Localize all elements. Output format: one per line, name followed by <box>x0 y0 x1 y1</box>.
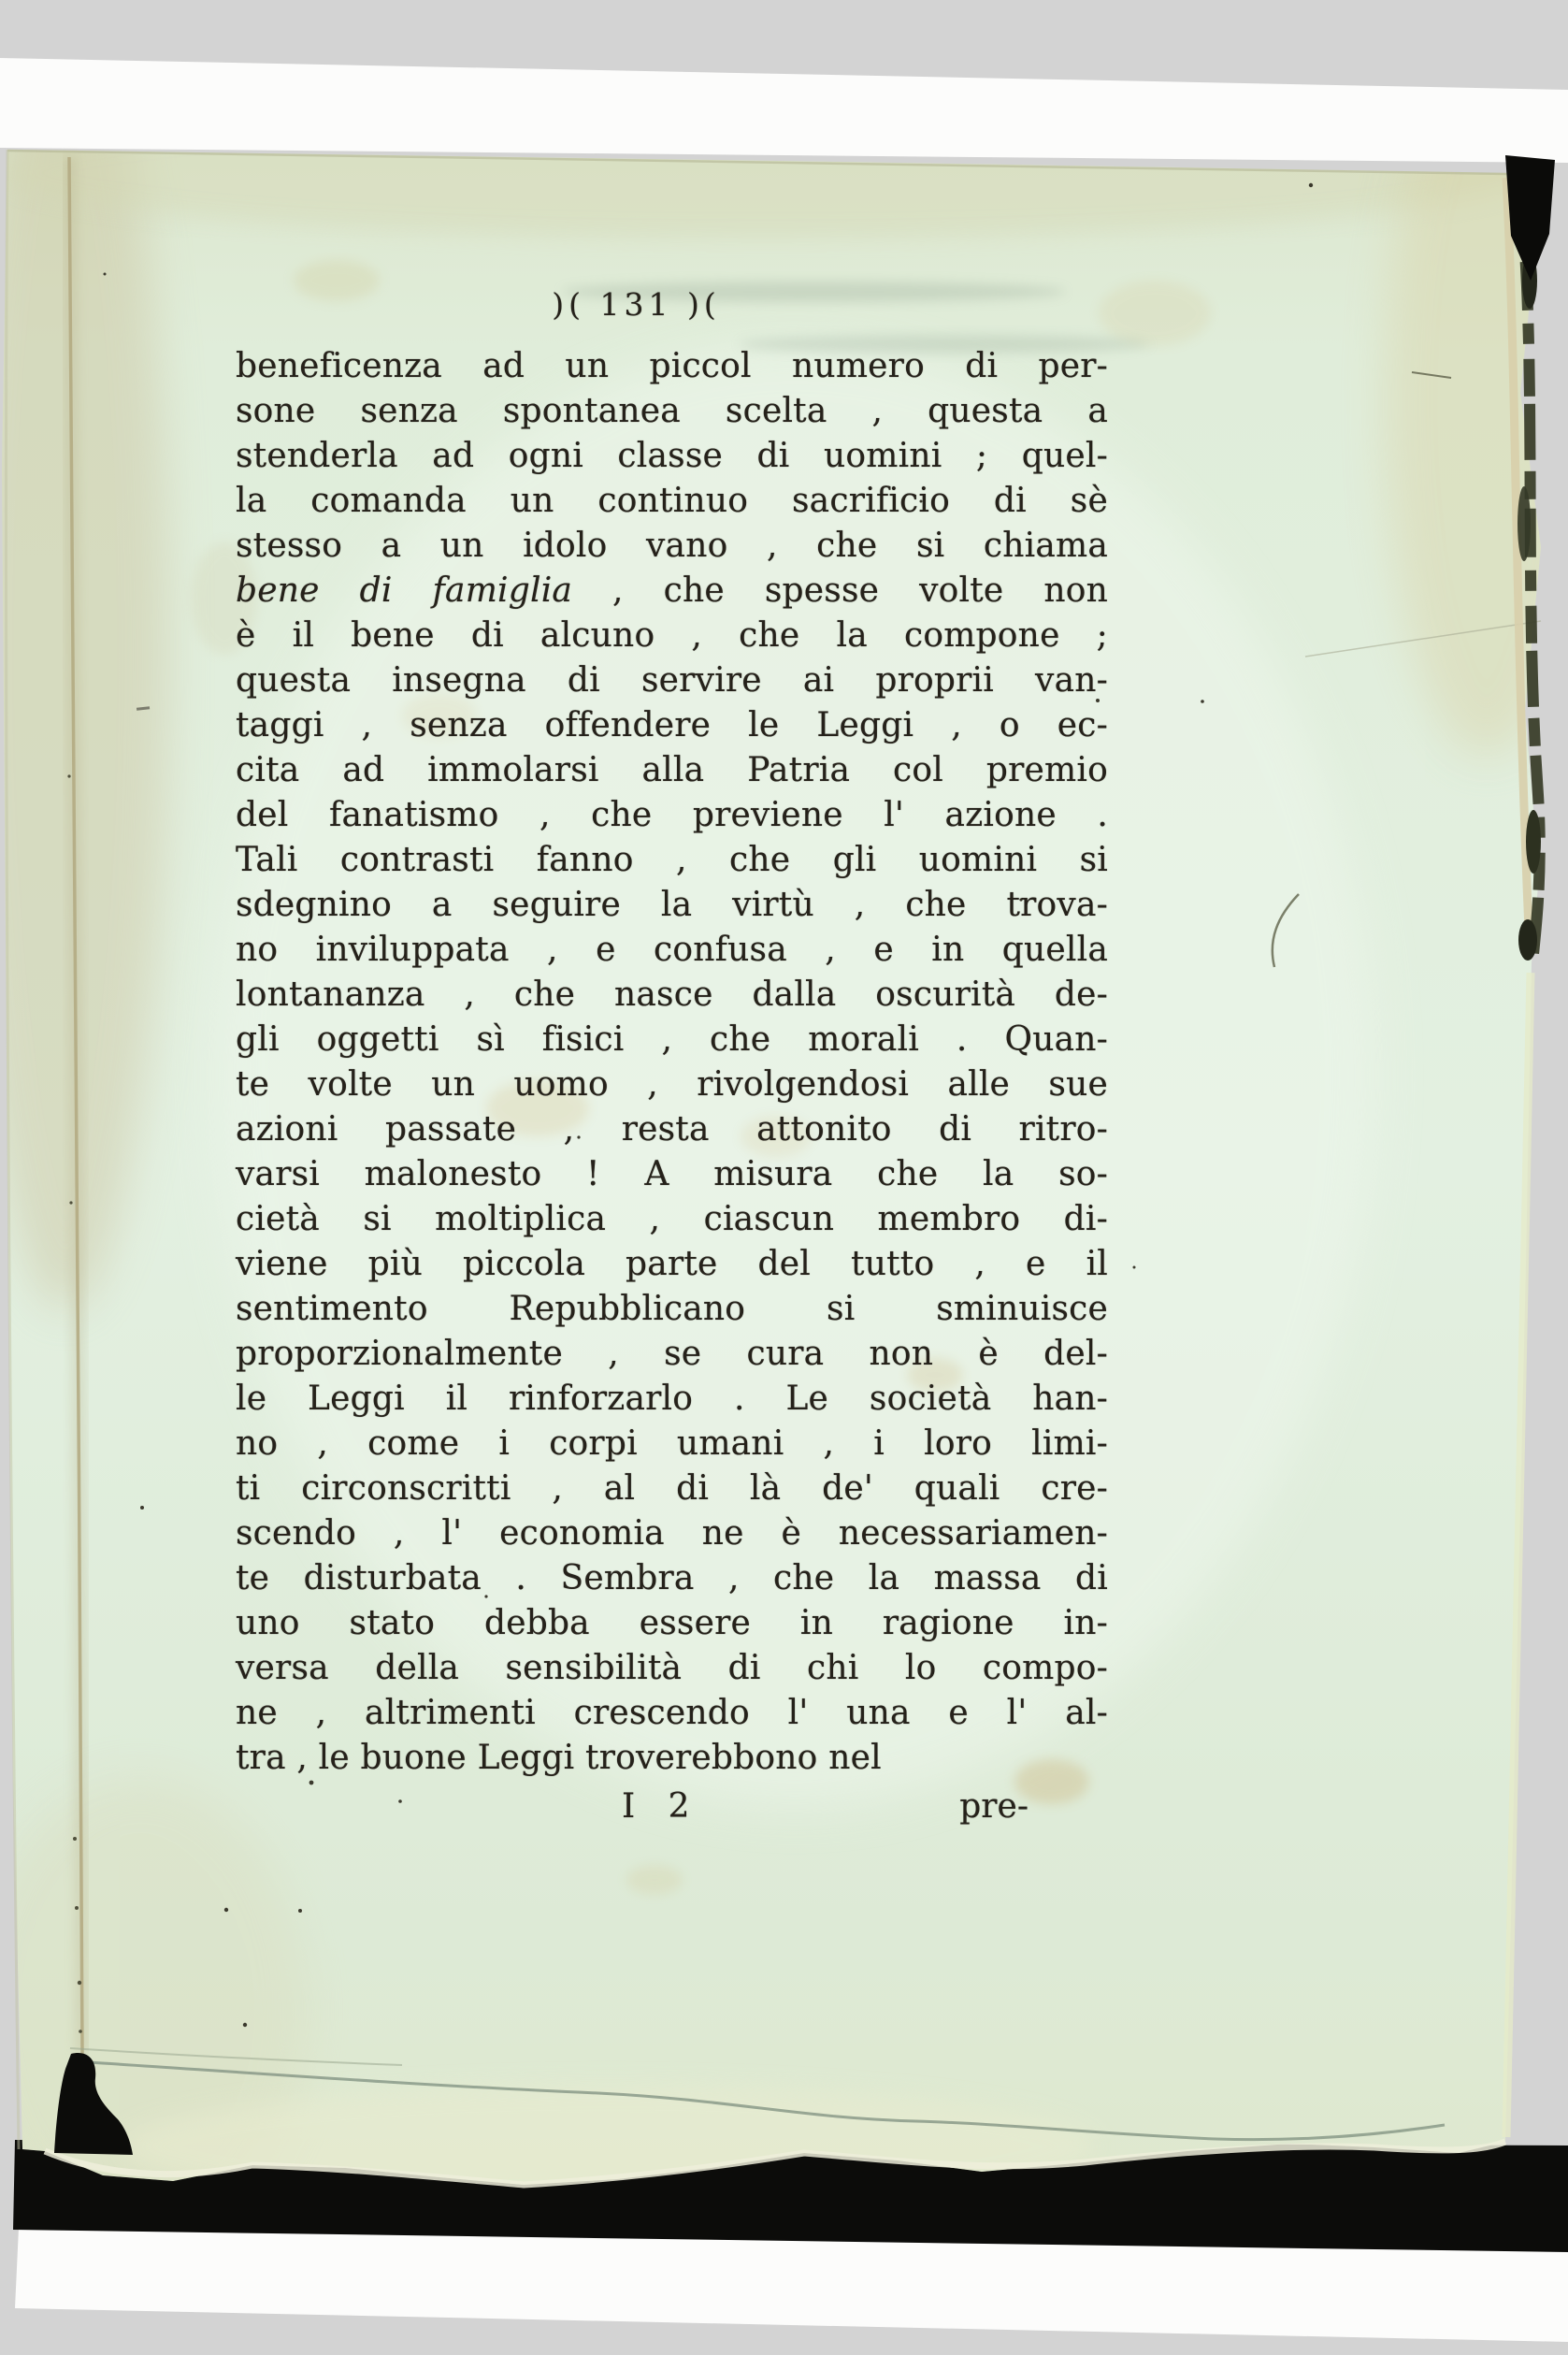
catchword: pre- <box>959 1784 1029 1829</box>
scanned-book-page: )( 131 )( beneficenza ad un piccol numer… <box>0 0 1568 2355</box>
gathering-signature: I 2 <box>622 1784 690 1829</box>
text-line: ne , altrimenti crescendo l' una e l' al… <box>236 1691 1108 1736</box>
page-number-header: )( 131 )( <box>200 282 1072 327</box>
text-line: cita ad immolarsi alla Patria col premio <box>236 748 1108 793</box>
text-line: sone senza spontanea scelta , questa a <box>236 389 1108 434</box>
text-line: cietà si moltiplica , ciascun membro di- <box>236 1197 1108 1242</box>
text-line: tra , le buone Leggi troverebbono nel <box>236 1736 1108 1781</box>
text-line: azioni passate , resta attonito di ritro… <box>236 1107 1108 1152</box>
text-line: varsi malonesto ! A misura che la so- <box>236 1152 1108 1197</box>
text-line: questa insegna di servire ai proprii van… <box>236 658 1108 703</box>
text-line: bene di famiglia , che spesse volte non <box>236 569 1108 614</box>
text-line: scendo , l' economia ne è necessariamen- <box>236 1511 1108 1556</box>
text-line: versa della sensibilità di chi lo compo- <box>236 1646 1108 1691</box>
signature-row: I 2 pre- <box>236 1784 1108 1829</box>
text-line: stenderla ad ogni classe di uomini ; que… <box>236 434 1108 479</box>
italic-phrase: bene di famiglia <box>236 571 572 610</box>
text-line: la comanda un continuo sacrificio di sè <box>236 479 1108 524</box>
text-line: Tali contrasti fanno , che gli uomini si <box>236 838 1108 883</box>
text-line: sentimento Repubblicano si sminuisce <box>236 1287 1108 1332</box>
text-line: le Leggi il rinforzarlo . Le società han… <box>236 1377 1108 1422</box>
text-line: è il bene di alcuno , che la compone ; <box>236 614 1108 658</box>
text-line: no , come i corpi umani , i loro limi- <box>236 1422 1108 1466</box>
text-line: stesso a un idolo vano , che si chiama <box>236 524 1108 569</box>
text-line: del fanatismo , che previene l' azione . <box>236 793 1108 838</box>
text-line: uno stato debba essere in ragione in- <box>236 1601 1108 1646</box>
text-line: no inviluppata , e confusa , e in quella <box>236 928 1108 973</box>
text-line: proporzionalmente , se cura non è del- <box>236 1332 1108 1377</box>
text-line: taggi , senza offendere le Leggi , o ec- <box>236 703 1108 748</box>
text-line: te volte un uomo , rivolgendosi alle sue <box>236 1062 1108 1107</box>
text-line: sdegnino a seguire la virtù , che trova- <box>236 883 1108 928</box>
text-line: lontananza , che nasce dalla oscurità de… <box>236 973 1108 1018</box>
text-line: ti circonscritti , al di là de' quali cr… <box>236 1466 1108 1511</box>
text-line: te disturbata . Sembra , che la massa di <box>236 1556 1108 1601</box>
text-line: beneficenza ad un piccol numero di per- <box>236 344 1108 389</box>
text-line: viene più piccola parte del tutto , e il <box>236 1242 1108 1287</box>
text-line: gli oggetti sì fisici , che morali . Qua… <box>236 1018 1108 1062</box>
text-block: beneficenza ad un piccol numero di per- … <box>236 344 1108 1829</box>
